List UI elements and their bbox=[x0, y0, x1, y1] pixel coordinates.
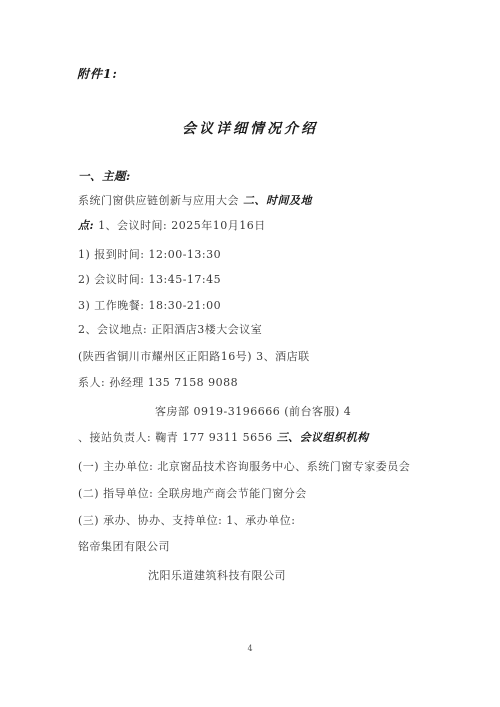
schedule-item-dinner: 3) 工作晚餐: 18:30-21:00 bbox=[78, 299, 221, 313]
attachment-label: 附件1: bbox=[77, 67, 118, 81]
room-dept-line: 客房部 0919-3196666 (前台客服) 4 bbox=[155, 405, 351, 419]
section2-heading: 二、时间及地 bbox=[243, 194, 312, 207]
org-host: (一) 主办单位: 北京窗品技术咨询服务中心、系统门窗专家委员会 bbox=[78, 460, 410, 474]
address-line: (陕西省铜川市耀州区正阳路16号) 3、酒店联 bbox=[78, 350, 310, 364]
section1-heading: 一、主题: bbox=[78, 169, 131, 183]
venue-line: 2、会议地点: 正阳酒店3楼大会议室 bbox=[78, 323, 262, 337]
pickup-contact: 、接站负责人: 鞠青 177 9311 5656 bbox=[78, 431, 273, 444]
page-number: 4 bbox=[0, 644, 500, 653]
section3-heading: 三、会议组织机构 bbox=[277, 431, 369, 444]
theme-text: 系统门窗供应链创新与应用大会 bbox=[78, 194, 239, 207]
org-guide: (二) 指导单位: 全联房地产商会节能门窗分会 bbox=[78, 487, 307, 501]
schedule-item-meeting: 2) 会议时间: 13:45-17:45 bbox=[78, 273, 221, 287]
meeting-time-line: 点: 1、会议时间: 2025年10月16日 bbox=[78, 219, 266, 233]
schedule-item-checkin: 1) 报到时间: 12:00-13:30 bbox=[78, 248, 221, 262]
document-page: 附件1: 会议详细情况介绍 一、主题: 系统门窗供应链创新与应用大会 二、时间及… bbox=[0, 0, 500, 707]
document-title: 会议详细情况介绍 bbox=[0, 120, 500, 138]
org-support: (三) 承办、协办、支持单位: 1、承办单位: bbox=[78, 514, 296, 528]
contact-line: 系人: 孙经理 135 7158 9088 bbox=[78, 376, 238, 390]
organizer-2: 沈阳乐道建筑科技有限公司 bbox=[148, 569, 286, 583]
theme-line: 系统门窗供应链创新与应用大会 二、时间及地 bbox=[78, 194, 312, 208]
pickup-line: 、接站负责人: 鞠青 177 9311 5656 三、会议组织机构 bbox=[78, 431, 369, 445]
section2-heading-cont: 点: bbox=[78, 219, 94, 232]
meeting-date: 1、会议时间: 2025年10月16日 bbox=[98, 219, 266, 232]
organizer-1: 铭帝集团有限公司 bbox=[78, 540, 170, 554]
